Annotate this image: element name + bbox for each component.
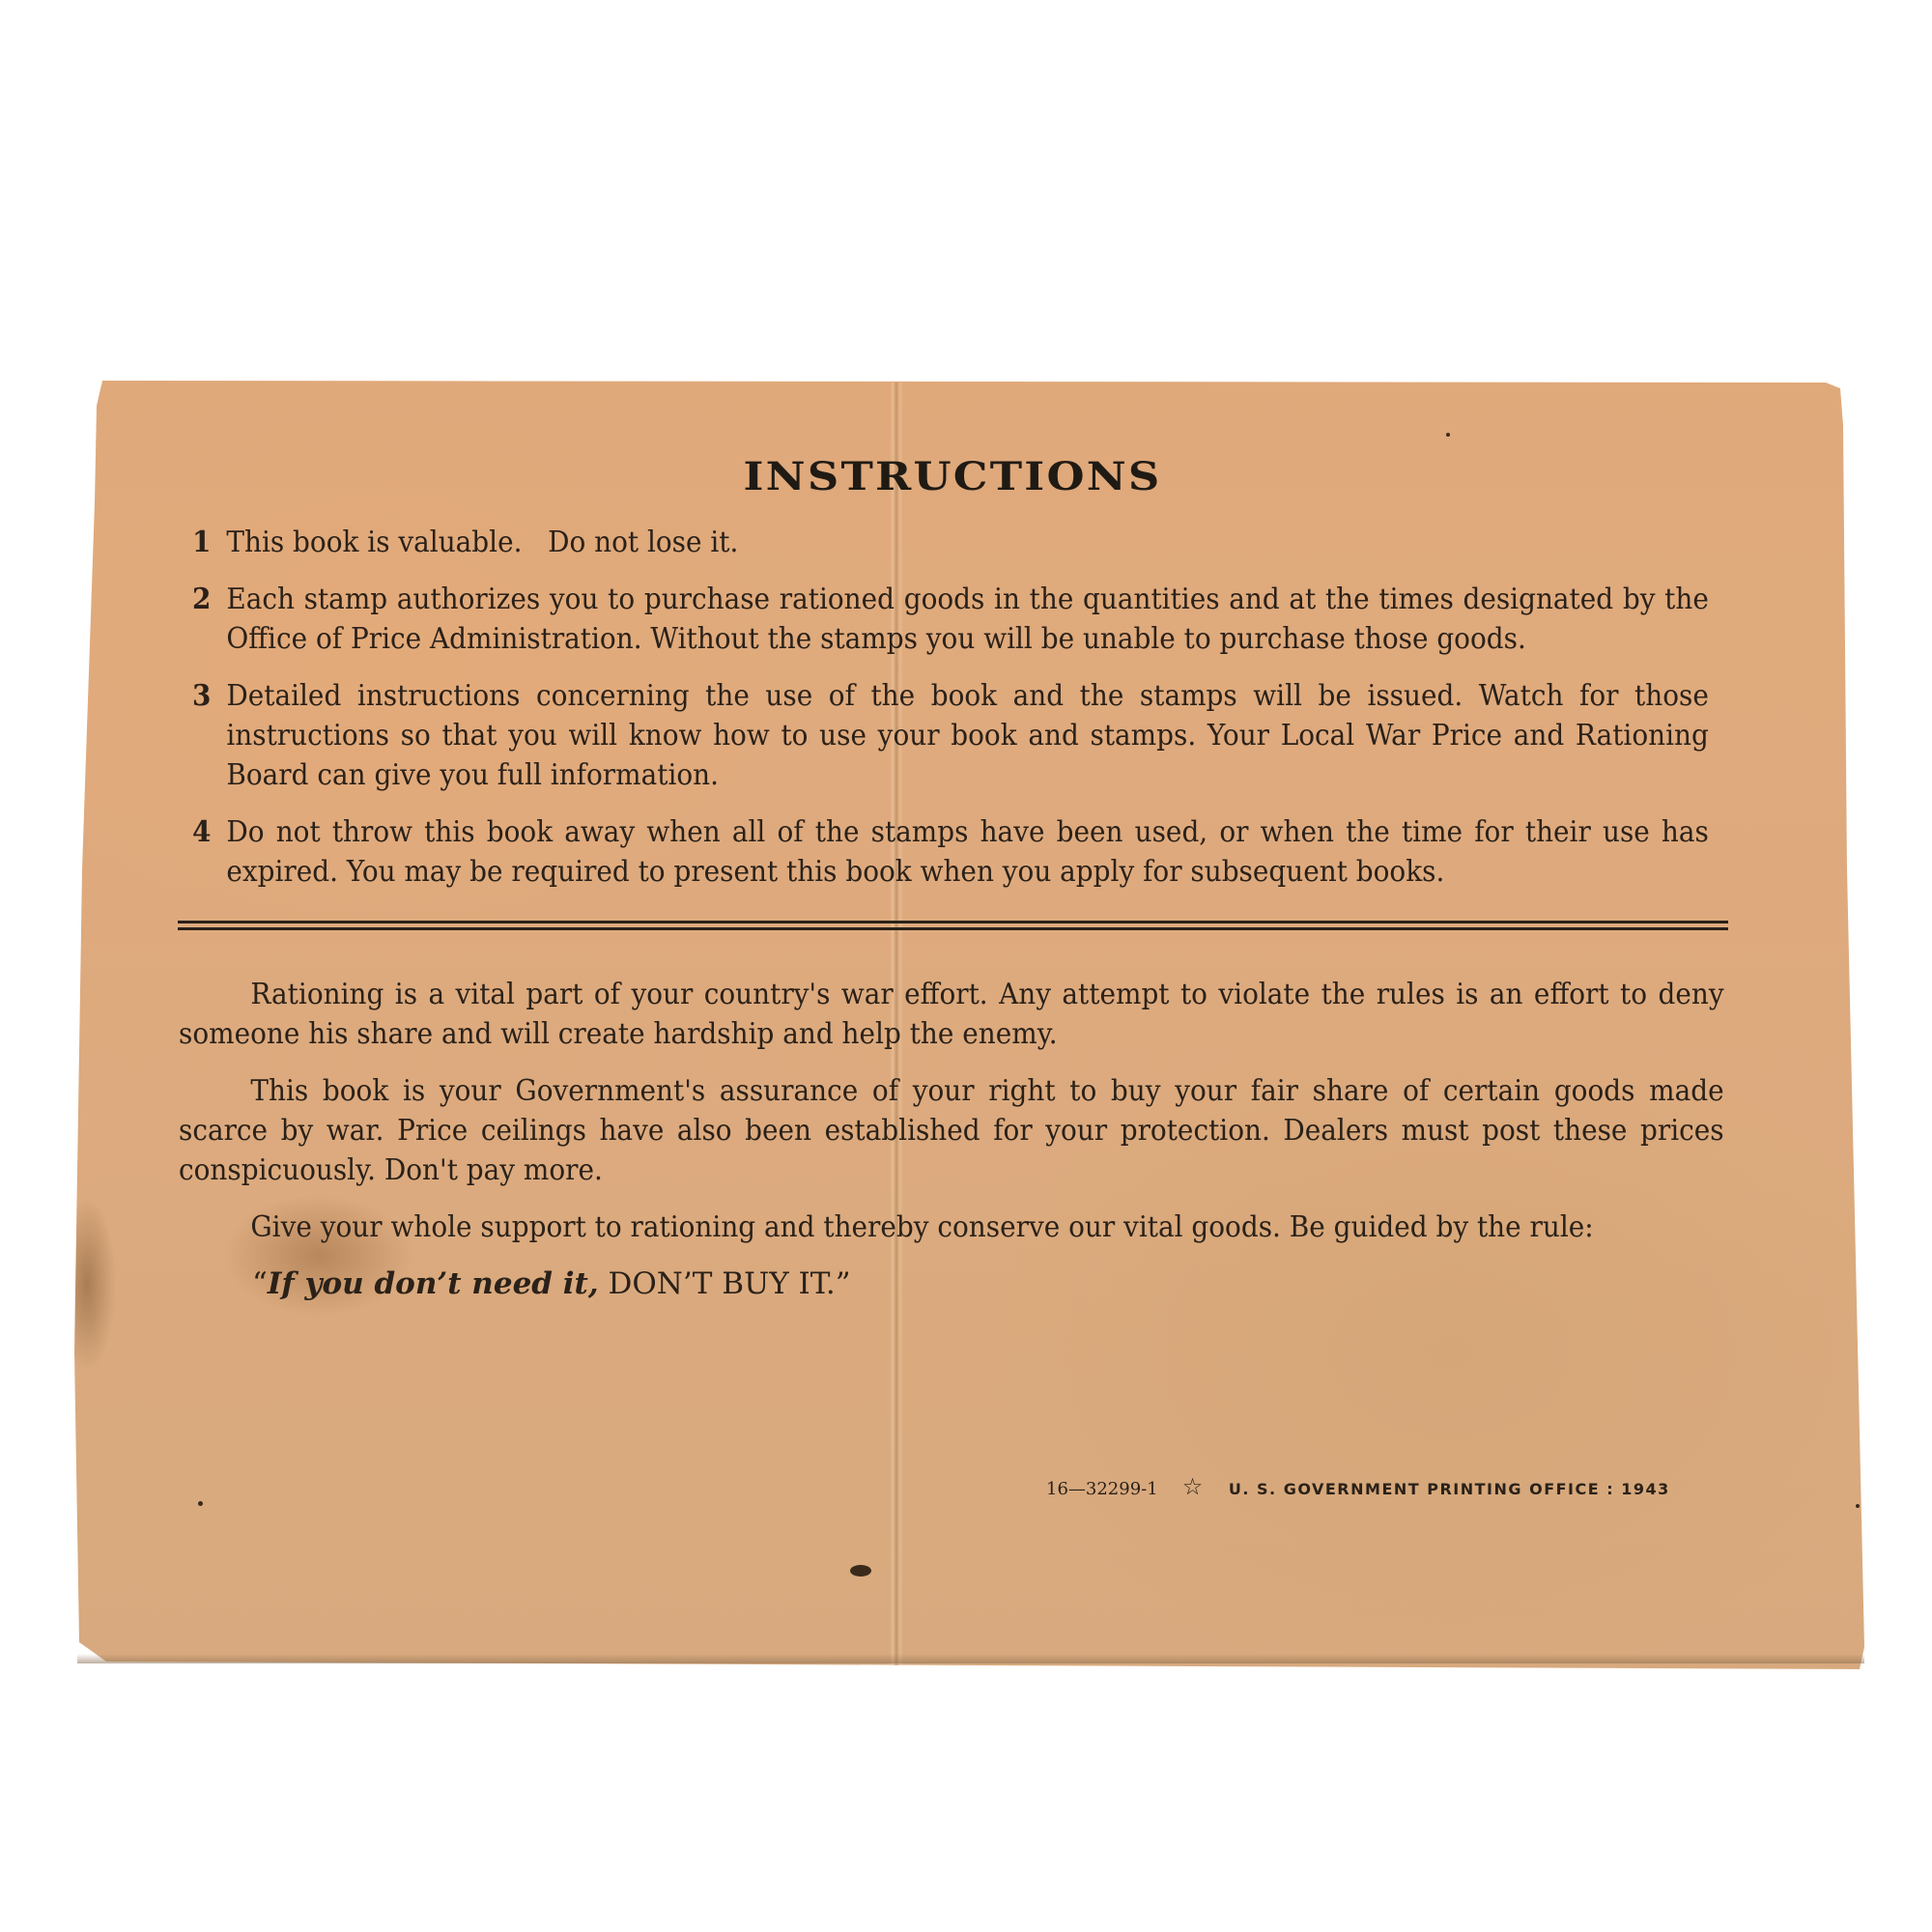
motto-caps: DON’T BUY IT. xyxy=(599,1266,836,1301)
instruction-item: 4 Do not throw this book away when all o… xyxy=(180,812,1709,892)
printer-imprint: U. S. GOVERNMENT PRINTING OFFICE : 1943 xyxy=(1229,1480,1670,1498)
instruction-number: 3 xyxy=(192,676,211,716)
ink-blot xyxy=(850,1565,871,1577)
instruction-number: 1 xyxy=(192,523,211,562)
body-paragraph: Give your whole support to rationing and… xyxy=(179,1207,1724,1247)
star-icon: ☆ xyxy=(1182,1473,1205,1500)
page-title: INSTRUCTIONS xyxy=(87,454,1818,499)
double-rule-divider xyxy=(178,921,1728,930)
ink-speck xyxy=(1856,1504,1860,1508)
open-quote: “ xyxy=(252,1266,268,1301)
instruction-item: 3 Detailed instructions concerning the u… xyxy=(180,676,1709,795)
instruction-number: 4 xyxy=(192,812,211,852)
instruction-item: 2 Each stamp authorizes you to purchase … xyxy=(180,580,1709,659)
instruction-item: 1 This book is valuable. Do not lose it. xyxy=(180,523,1709,562)
form-code: 16—32299-1 xyxy=(1046,1479,1158,1499)
document-body: INSTRUCTIONS 1 This book is valuable. Do… xyxy=(180,454,1725,1304)
instruction-text: This book is valuable. Do not lose it. xyxy=(226,526,738,559)
instruction-text: Do not throw this book away when all of … xyxy=(226,815,1709,889)
instruction-text: Detailed instructions concerning the use… xyxy=(226,679,1709,792)
motto-italic: If you don’t need it, xyxy=(268,1266,599,1301)
body-paragraph: Rationing is a vital part of your countr… xyxy=(179,975,1724,1054)
printer-footer: 16—32299-1 ☆ U. S. GOVERNMENT PRINTING O… xyxy=(1046,1473,1670,1500)
motto: “If you don’t need it, DON’T BUY IT.” xyxy=(252,1264,1725,1304)
ink-speck xyxy=(1446,433,1450,437)
close-quote: ” xyxy=(836,1266,851,1301)
instruction-text: Each stamp authorizes you to purchase ra… xyxy=(226,582,1709,656)
instruction-number: 2 xyxy=(192,580,211,619)
body-paragraph: This book is your Government's assurance… xyxy=(179,1071,1724,1190)
ink-speck xyxy=(198,1501,203,1506)
paper-bottom-edge xyxy=(77,1654,1864,1663)
